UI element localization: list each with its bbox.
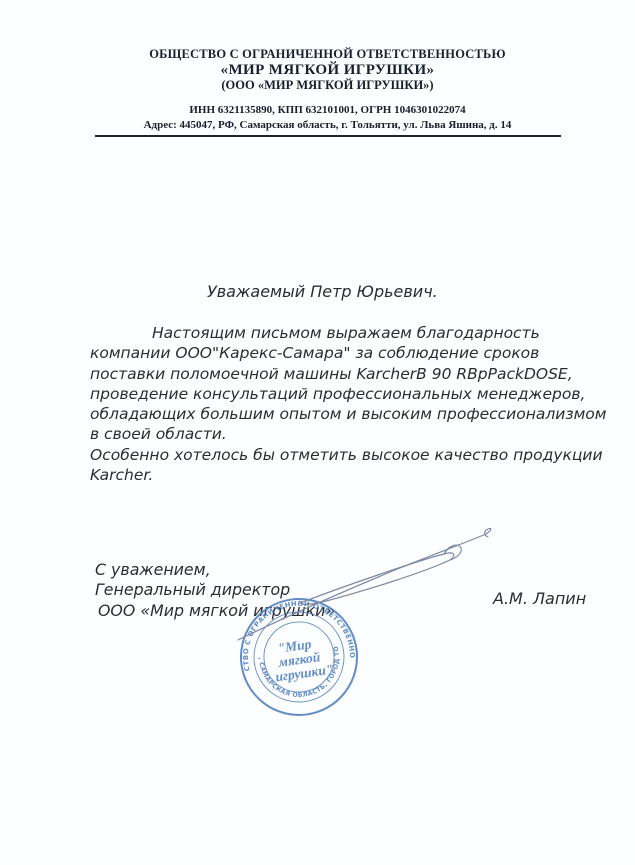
handwritten-signature	[225, 520, 515, 655]
body-line: компании ООО"Карекс-Самара" за соблюдени…	[90, 343, 606, 363]
body-line: в своей области.	[90, 424, 606, 444]
body-line: Karcher.	[90, 465, 606, 485]
signature-strokes	[238, 528, 491, 640]
body-line: Настоящим письмом выражаем благодарность	[90, 323, 606, 343]
body-line: обладающих большим опытом и высоким проф…	[90, 404, 606, 424]
company-registration-line: ИНН 6321135890, КПП 632101001, ОГРН 1046…	[20, 103, 635, 118]
body-line: проведение консультаций профессиональных…	[90, 384, 606, 404]
body-line: поставки поломоечной машины KarcherB 90 …	[90, 364, 606, 384]
letterhead: ОБЩЕСТВО С ОГРАНИЧЕННОЙ ОТВЕТСТВЕННОСТЬЮ…	[20, 47, 635, 132]
company-info: ИНН 6321135890, КПП 632101001, ОГРН 1046…	[20, 103, 635, 132]
letter-page: ОБЩЕСТВО С ОГРАНИЧЕННОЙ ОТВЕТСТВЕННОСТЬЮ…	[0, 0, 635, 865]
company-type-line: ОБЩЕСТВО С ОГРАНИЧЕННОЙ ОТВЕТСТВЕННОСТЬЮ	[20, 47, 635, 62]
letter-body: Настоящим письмом выражаем благодарность…	[90, 323, 606, 485]
company-short-name-line: (ООО «МИР МЯГКОЙ ИГРУШКИ»)	[20, 78, 635, 93]
company-name-line: «МИР МЯГКОЙ ИГРУШКИ»	[20, 62, 635, 78]
company-address-line: Адрес: 445047, РФ, Самарская область, г.…	[20, 118, 635, 133]
salutation: Уважаемый Петр Юрьевич.	[207, 282, 438, 301]
letterhead-divider	[95, 135, 561, 137]
body-line: Особенно хотелось бы отметить высокое ка…	[90, 445, 606, 465]
